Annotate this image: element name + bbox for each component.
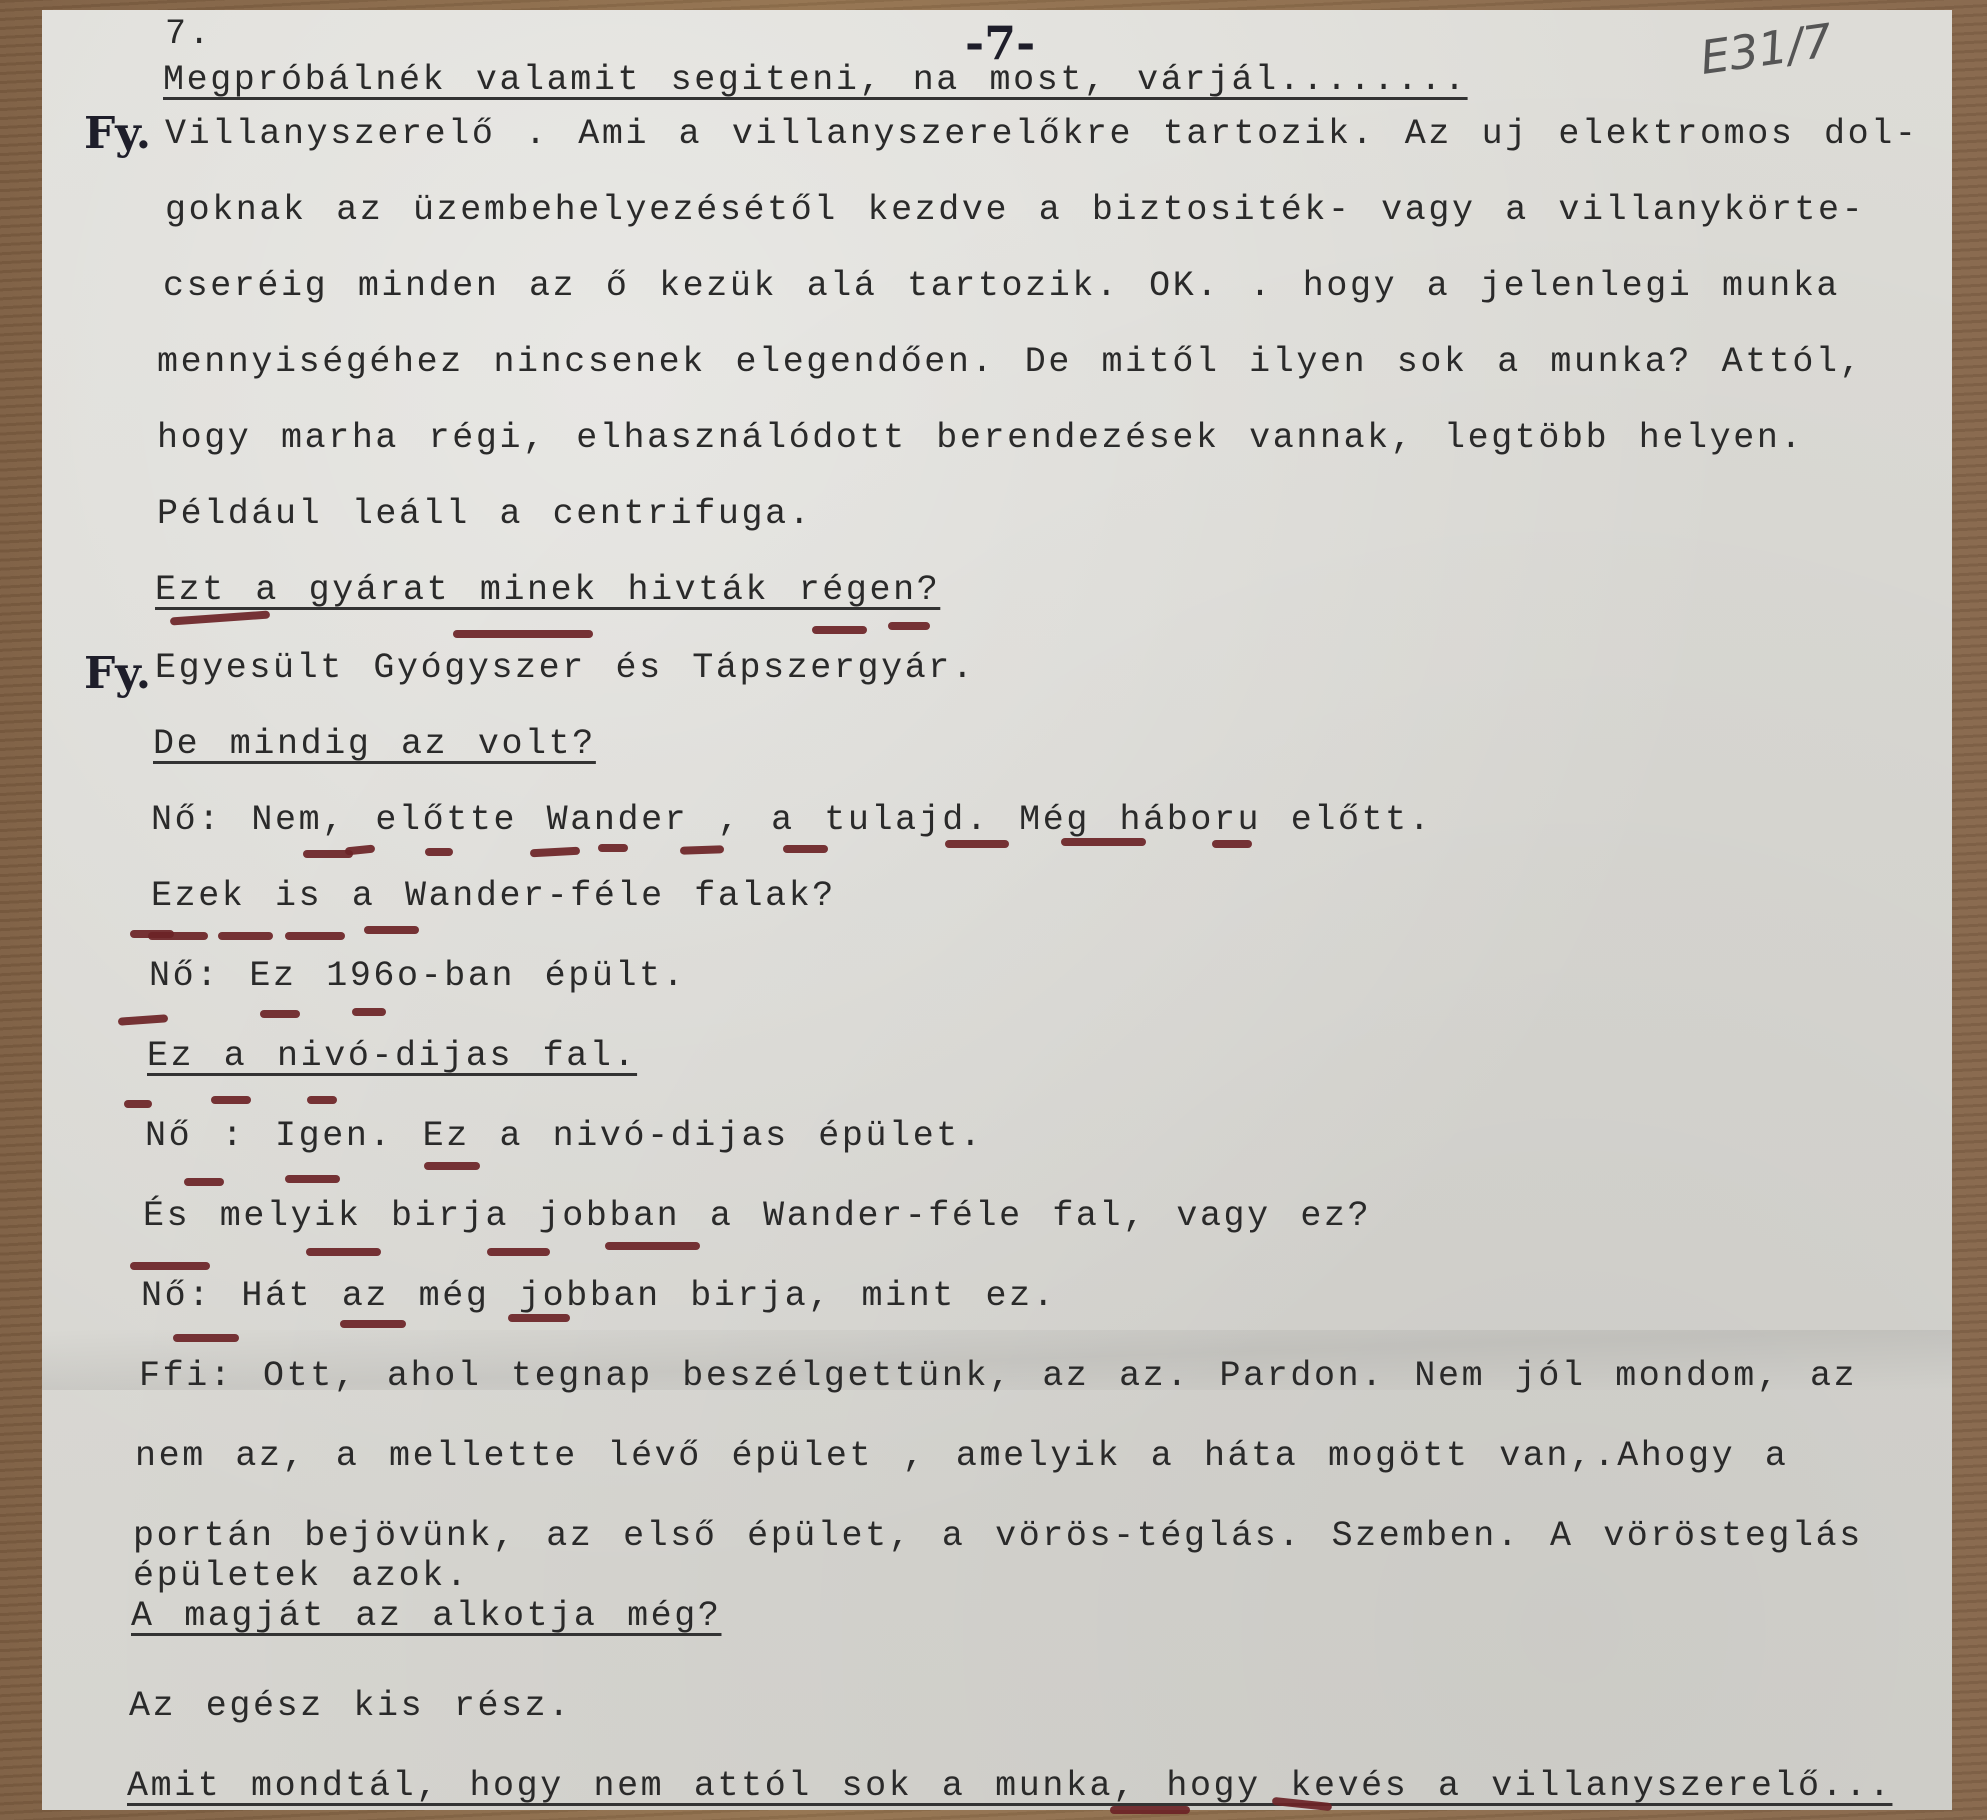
pen-underline-mark: [352, 1008, 386, 1016]
pen-underline-mark: [130, 1262, 210, 1270]
pen-underline-mark: [1110, 1806, 1190, 1814]
margin-speaker-mark: Fy.: [84, 108, 151, 159]
interviewer-question: Megpróbálnék valamit segiteni, na most, …: [163, 60, 1468, 100]
pen-underline-mark: [605, 1242, 700, 1250]
answer-line: cseréig minden az ő kezük alá tartozik. …: [163, 266, 1840, 306]
pen-underline-mark: [680, 845, 724, 855]
interviewer-question: Ezek is a Wander-féle falak?: [151, 876, 836, 916]
pen-underline-mark: [184, 1178, 224, 1186]
interviewer-question: Ezt a gyárat minek hivták régen?: [155, 570, 940, 610]
pen-underline-mark: [211, 1096, 251, 1104]
pen-underline-mark: [148, 932, 208, 940]
answer-line: Ffi: Ott, ahol tegnap beszélgettünk, az …: [139, 1356, 1857, 1396]
pen-underline-mark: [307, 1096, 337, 1104]
pen-underline-mark: [340, 1320, 406, 1328]
answer-line: Egyesült Gyógyszer és Tápszergyár.: [155, 648, 976, 688]
pen-underline-mark: [888, 622, 930, 630]
interviewer-question: De mindig az volt?: [153, 724, 596, 764]
pen-underline-mark: [124, 1100, 152, 1108]
answer-line: épületek azok.: [133, 1556, 469, 1596]
pen-underline-mark: [945, 840, 1009, 848]
pen-underline-mark: [425, 848, 453, 856]
pen-underline-mark: [487, 1248, 550, 1256]
answer-line: Nő : Igen. Ez a nivó-dijas épület.: [145, 1116, 984, 1156]
pen-underline-mark: [1061, 838, 1146, 846]
answer-line: goknak az üzembehelyezésétől kezdve a bi…: [165, 190, 1865, 230]
pen-underline-mark: [812, 626, 867, 634]
pen-underline-mark: [453, 630, 593, 638]
pen-underline-mark: [508, 1314, 570, 1322]
answer-line: Nő: Hát az még jobban birja, mint ez.: [141, 1276, 1056, 1316]
pen-underline-mark: [783, 845, 828, 853]
pen-underline-mark: [1212, 840, 1252, 848]
interviewer-question: És melyik birja jobban a Wander-féle fal…: [143, 1196, 1371, 1236]
answer-line: hogy marha régi, elhasználódott berendez…: [157, 418, 1804, 458]
typed-page-number: 7.: [165, 14, 212, 54]
margin-speaker-mark: Fy.: [84, 648, 151, 699]
pen-underline-mark: [173, 1334, 239, 1342]
answer-line: Például leáll a centrifuga.: [157, 494, 812, 534]
pen-underline-mark: [306, 1248, 381, 1256]
answer-line: Nő: Nem, előtte Wander , a tulajd. Még h…: [151, 800, 1432, 840]
pen-underline-mark: [218, 932, 273, 940]
pen-underline-mark: [424, 1162, 480, 1170]
pen-underline-mark: [285, 932, 345, 940]
pen-underline-mark: [285, 1175, 340, 1183]
pen-underline-mark: [598, 844, 628, 852]
interviewer-question: A magját az alkotja még?: [131, 1596, 721, 1636]
pen-underline-mark: [364, 926, 419, 934]
answer-line: Villanyszerelő . Ami a villanyszerelőkre…: [165, 114, 1918, 154]
answer-line: nem az, a mellette lévő épület , amelyik…: [135, 1436, 1788, 1476]
interviewer-question: Ez a nivó-dijas fal.: [147, 1036, 637, 1076]
answer-line: mennyiségéhez nincsenek elegendően. De m…: [157, 342, 1863, 382]
pen-underline-mark: [260, 1010, 300, 1018]
answer-line: Az egész kis rész.: [129, 1686, 572, 1726]
answer-line: portán bejövünk, az első épület, a vörös…: [133, 1516, 1863, 1556]
interviewer-question: Amit mondtál, hogy nem attól sok a munka…: [127, 1766, 1892, 1806]
answer-line: Nő: Ez 196o-ban épült.: [149, 956, 686, 996]
